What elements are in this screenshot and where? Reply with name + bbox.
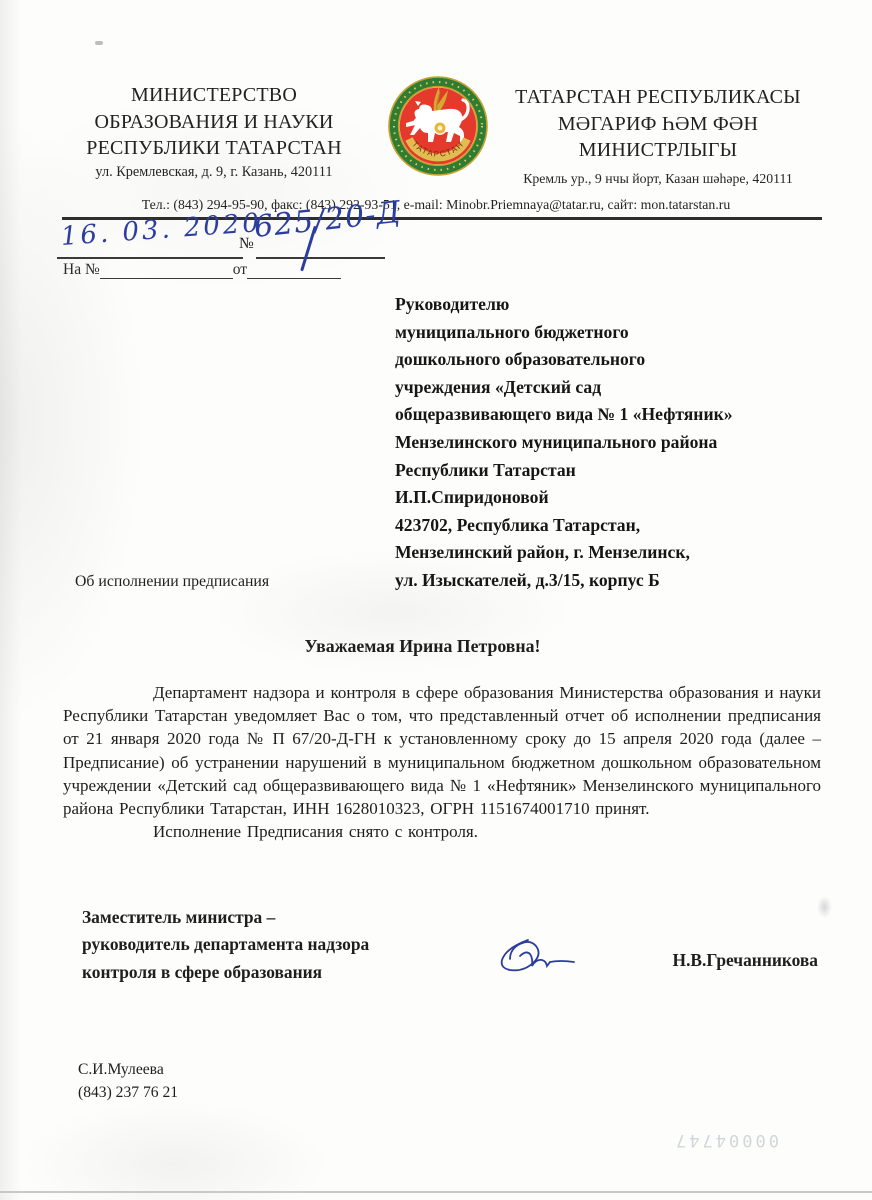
ministry-name-russian: МИНИСТЕРСТВО ОБРАЗОВАНИЯ И НАУКИ РЕСПУБЛ… bbox=[58, 82, 370, 162]
number-underline bbox=[256, 257, 385, 259]
signatory-position: Заместитель министра – руководитель депа… bbox=[82, 904, 369, 986]
recipient-line: учреждения «Детский сад bbox=[395, 374, 831, 402]
bleed-through-number: 00004747 bbox=[648, 1130, 804, 1150]
recipient-line: 423702, Республика Татарстан, bbox=[395, 512, 831, 540]
ministry-tt-line: МӘГАРИФ ҺӘМ ФӘН bbox=[478, 111, 838, 138]
reply-date-blank bbox=[247, 263, 341, 279]
reply-prefix: На № bbox=[63, 261, 100, 278]
letter-body: Департамент надзора и контроля в сфере о… bbox=[63, 681, 821, 843]
scan-smudge bbox=[817, 896, 832, 918]
executor-block: С.И.Мулеева (843) 237 76 21 bbox=[78, 1058, 178, 1104]
date-underline bbox=[57, 257, 243, 259]
signatory-position-line: контроля в сфере образования bbox=[82, 959, 369, 986]
reply-reference-row: На №от bbox=[63, 261, 341, 279]
recipient-line: ул. Изыскателей, д.3/15, корпус Б bbox=[395, 567, 831, 595]
body-paragraph-1: Департамент надзора и контроля в сфере о… bbox=[63, 681, 821, 820]
salutation: Уважаемая Ирина Петровна! bbox=[0, 636, 845, 657]
recipient-line: Республики Татарстан bbox=[395, 457, 831, 485]
ministry-ru-line: МИНИСТЕРСТВО bbox=[58, 82, 370, 109]
recipient-line: И.П.Спиридоновой bbox=[395, 484, 831, 512]
ministry-ru-line: ОБРАЗОВАНИЯ И НАУКИ bbox=[58, 109, 370, 136]
signatory-name: Н.В.Гречанникова bbox=[560, 950, 818, 971]
number-sign: № bbox=[239, 235, 254, 253]
reply-number-blank bbox=[100, 263, 233, 279]
body-paragraph-2: Исполнение Предписания снято с контроля. bbox=[63, 820, 821, 843]
subject-line: Об исполнении предписания bbox=[75, 573, 269, 591]
tatarstan-emblem-icon: ТАТАРСТАН bbox=[385, 73, 491, 179]
recipient-line: общеразвивающего вида № 1 «Нефтяник» bbox=[395, 401, 831, 429]
ministry-tt-line: ТАТАРСТАН РЕСПУБЛИКАСЫ bbox=[478, 84, 838, 111]
scan-bottom-edge bbox=[0, 1191, 872, 1193]
ministry-ru-address: ул. Кремлевская, д. 9, г. Казань, 420111 bbox=[58, 164, 370, 181]
reply-from-label: от bbox=[233, 261, 247, 278]
recipient-line: Мензелинского муниципального района bbox=[395, 429, 831, 457]
contact-line: Тел.: (843) 294-95-90, факс: (843) 292-9… bbox=[26, 197, 846, 213]
recipient-line: дошкольного образовательного bbox=[395, 346, 831, 374]
executor-name: С.И.Мулеева bbox=[78, 1058, 178, 1081]
ministry-ru-line: РЕСПУБЛИКИ ТАТАРСТАН bbox=[58, 135, 370, 162]
signatory-position-line: руководитель департамента надзора bbox=[82, 931, 369, 958]
scanned-letter-page: МИНИСТЕРСТВО ОБРАЗОВАНИЯ И НАУКИ РЕСПУБЛ… bbox=[0, 0, 872, 1200]
recipient-line: Руководителю bbox=[395, 291, 831, 319]
ministry-tt-address: Кремль ур., 9 нчы йорт, Казан шәһәре, 42… bbox=[478, 171, 838, 187]
handwritten-date: 16. 03. 2020 bbox=[60, 208, 263, 252]
signatory-position-line: Заместитель министра – bbox=[82, 904, 369, 931]
ministry-tt-line: МИНИСТРЛЫГЫ bbox=[478, 137, 838, 164]
recipient-block: Руководителю муниципального бюджетного д… bbox=[395, 291, 831, 595]
recipient-line: Мензелинский район, г. Мензелинск, bbox=[395, 539, 831, 567]
recipient-line: муниципального бюджетного bbox=[395, 319, 831, 347]
ministry-name-tatar: ТАТАРСТАН РЕСПУБЛИКАСЫ МӘГАРИФ ҺӘМ ФӘН М… bbox=[478, 84, 838, 164]
scan-speck bbox=[95, 41, 103, 45]
executor-phone: (843) 237 76 21 bbox=[78, 1081, 178, 1104]
